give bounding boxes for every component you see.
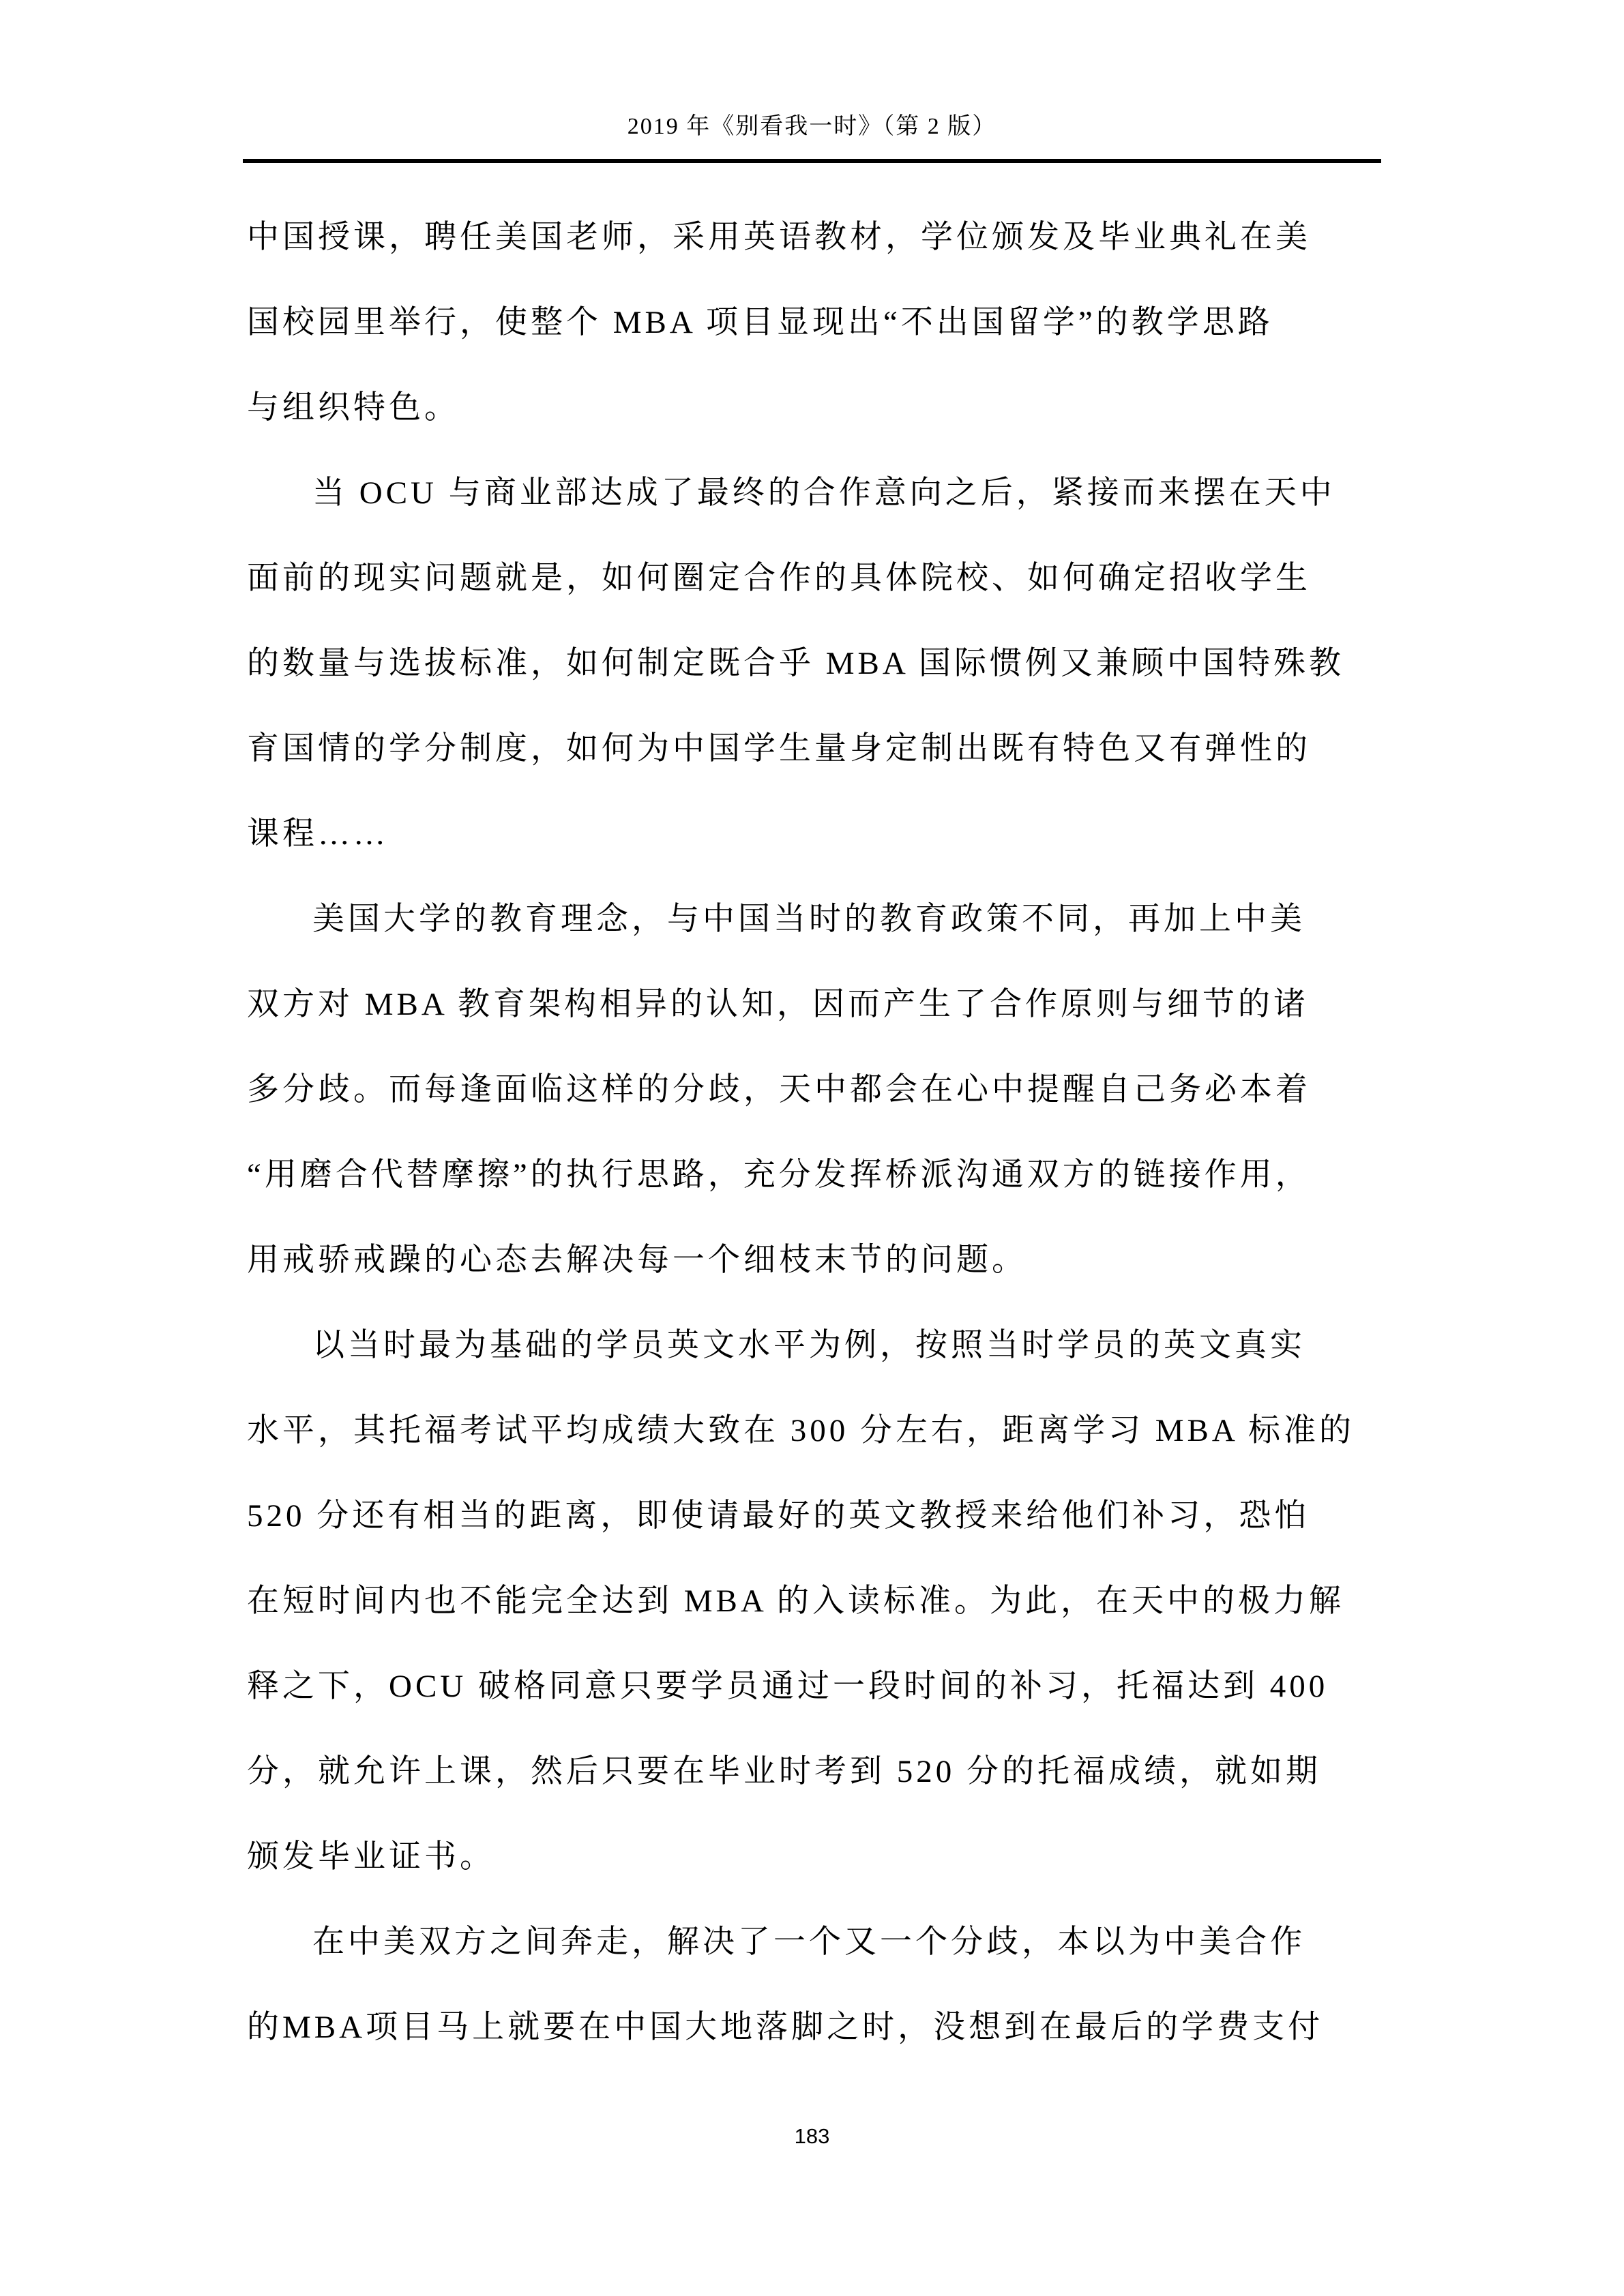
text-line: 分，就允许上课，然后只要在毕业时考到 520 分的托福成绩，就如期 — [247, 1729, 1379, 1815]
text-line: 多分歧。而每逢面临这样的分歧，天中都会在心中提醒自己务必本着 — [247, 1047, 1379, 1133]
text-line: 以当时最为基础的学员英文水平为例，按照当时学员的英文真实 — [247, 1303, 1379, 1388]
text-line: 与组织特色。 — [247, 366, 1379, 451]
text-line: 国校园里举行，使整个 MBA 项目显现出“不出国留学”的教学思路 — [247, 280, 1379, 366]
page-body: 中国授课，聘任美国老师，采用英语教材，学位颁发及毕业典礼在美 国校园里举行，使整… — [247, 195, 1379, 2070]
header-rule — [243, 159, 1381, 163]
text-line: 在中美双方之间奔走，解决了一个又一个分歧，本以为中美合作 — [247, 1900, 1379, 1985]
text-line: 课程…… — [247, 792, 1379, 877]
text-line: 水平，其托福考试平均成绩大致在 300 分左右，距离学习 MBA 标准的 — [247, 1388, 1379, 1474]
header-title: 2019 年《别看我一时》（第 2 版） — [0, 109, 1624, 145]
text-line: “用磨合代替摩擦”的执行思路，充分发挥桥派沟通双方的链接作用， — [247, 1133, 1379, 1218]
text-line: 面前的现实问题就是，如何圈定合作的具体院校、如何确定招收学生 — [247, 536, 1379, 621]
text-line: 的数量与选拔标准，如何制定既合乎 MBA 国际惯例又兼顾中国特殊教 — [247, 621, 1379, 706]
page-number: 183 — [0, 2121, 1624, 2152]
text-line: 用戒骄戒躁的心态去解决每一个细枝末节的问题。 — [247, 1218, 1379, 1303]
text-line: 育国情的学分制度，如何为中国学生量身定制出既有特色又有弹性的 — [247, 706, 1379, 792]
document-page: 2019 年《别看我一时》（第 2 版） 中国授课，聘任美国老师，采用英语教材，… — [0, 0, 1624, 2296]
text-line: 双方对 MBA 教育架构相异的认知，因而产生了合作原则与细节的诸 — [247, 962, 1379, 1047]
text-line: 美国大学的教育理念，与中国当时的教育政策不同，再加上中美 — [247, 877, 1379, 962]
text-line: 中国授课，聘任美国老师，采用英语教材，学位颁发及毕业典礼在美 — [247, 195, 1379, 280]
text-line: 释之下，OCU 破格同意只要学员通过一段时间的补习，托福达到 400 — [247, 1644, 1379, 1729]
text-line: 520 分还有相当的距离，即使请最好的英文教授来给他们补习，恐怕 — [247, 1474, 1379, 1559]
text-line: 在短时间内也不能完全达到 MBA 的入读标准。为此，在天中的极力解 — [247, 1559, 1379, 1644]
text-line: 颁发毕业证书。 — [247, 1815, 1379, 1900]
text-line: 的MBA项目马上就要在中国大地落脚之时，没想到在最后的学费支付 — [247, 1985, 1379, 2070]
text-line: 当 OCU 与商业部达成了最终的合作意向之后，紧接而来摆在天中 — [247, 451, 1379, 536]
